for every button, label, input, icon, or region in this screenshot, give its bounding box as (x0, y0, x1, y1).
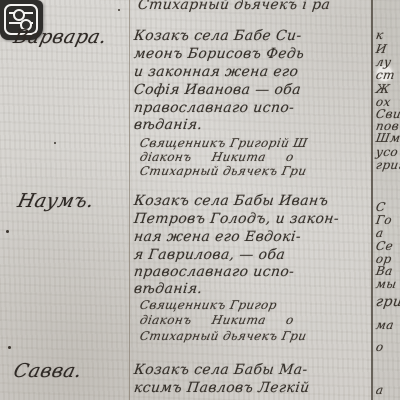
margin-fragment: лу (375, 55, 393, 69)
margin-fragment: а (375, 226, 385, 240)
handwritten-line: Козакъ села Бабы Ма- (133, 362, 309, 378)
handwritten-line: православнаго испо- (133, 264, 295, 280)
handwritten-line: православнаго испо- (133, 100, 295, 116)
margin-fragment: ст (375, 68, 396, 82)
handwritten-line: ная жена его Евдокі- (133, 229, 302, 245)
entry-name: Наумъ. (15, 190, 96, 212)
handwritten-line: вѣданія. (133, 281, 203, 297)
clergy-line: Священникъ Григорій Ш (139, 136, 309, 150)
register-page: Стихарный дьячекъ і ра Варвара. Козакъ с… (0, 0, 400, 400)
margin-fragment: мы (375, 277, 398, 291)
handwritten-line: меонъ Борисовъ Федь (133, 46, 305, 62)
margin-fragment: Ж (375, 82, 391, 96)
entry-name: Варвара. (11, 26, 109, 48)
margin-fragment: Се (375, 239, 394, 253)
margin-fragment: Го (375, 213, 393, 227)
margin-fragment: усо (375, 145, 399, 159)
handwritten-line: и законная жена его (133, 64, 299, 80)
margin-fragment: григ (375, 158, 400, 172)
margin-fragment: ма (375, 318, 395, 332)
margin-fragment: С (375, 200, 387, 214)
handwritten-line: ксимъ Павловъ Легкій (133, 380, 310, 396)
handwritten-line: Козакъ села Бабе Си- (133, 28, 303, 44)
margin-fragment: григор (375, 294, 400, 310)
handwritten-line: вѣданія. (133, 117, 203, 133)
ink-speck (6, 230, 9, 233)
entry-name: Савва. (11, 360, 84, 382)
column-rule-right (371, 0, 373, 400)
handwritten-line: Петровъ Голодъ, и закон- (133, 211, 340, 227)
margin-fragment: к (375, 28, 385, 42)
handwritten-line: я Гаврилова, — оба (133, 247, 286, 263)
column-rule-left (129, 0, 130, 400)
handwritten-line: Козакъ села Бабы Иванъ (133, 193, 329, 209)
margin-fragment: И (375, 42, 388, 56)
margin-fragment: Ва (375, 264, 394, 278)
ink-speck (8, 346, 11, 349)
clergy-line: Священникъ Григор (139, 298, 279, 312)
clergy-line: діаконъ Никита о (139, 313, 295, 327)
handwritten-line: Стихарный дьячекъ і ра (137, 0, 331, 13)
margin-fragment: а (375, 383, 385, 397)
handwritten-line: Софія Иванова — оба (133, 82, 302, 98)
clergy-line: Стихарный дьячекъ Гри (139, 164, 308, 178)
clergy-line: діаконъ Никита о (139, 150, 295, 164)
ink-speck (54, 142, 56, 144)
ink-speck (118, 9, 120, 11)
margin-fragment: Шма (375, 131, 400, 145)
clergy-line: Стихарный дьячекъ Гри (139, 329, 308, 343)
